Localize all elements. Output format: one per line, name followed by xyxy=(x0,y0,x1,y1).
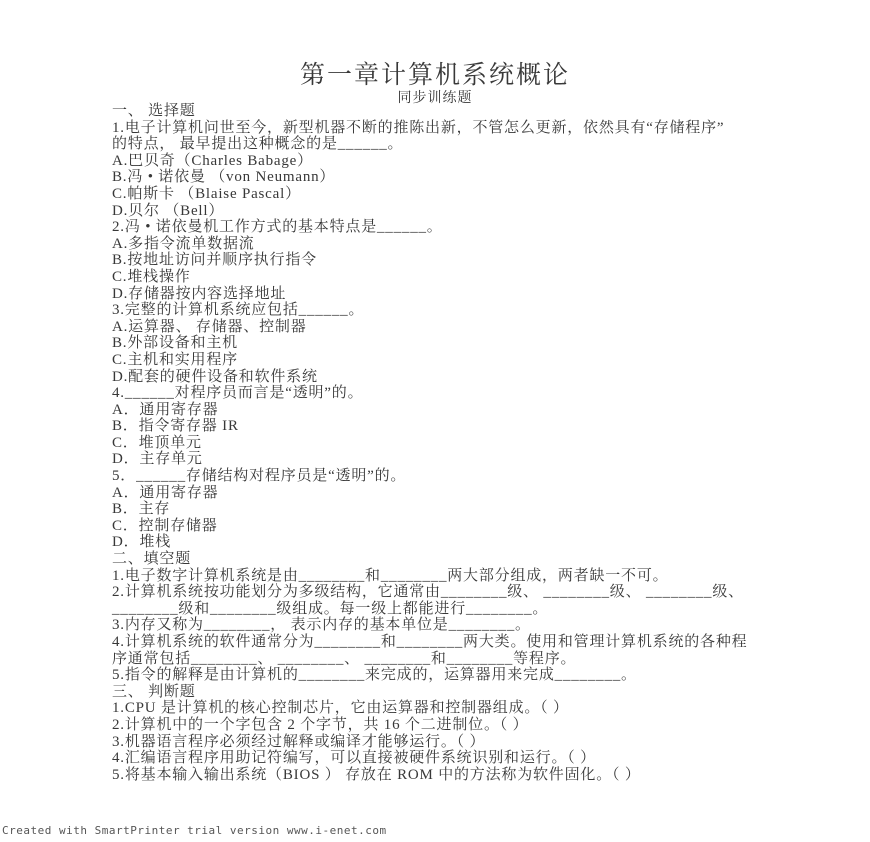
text-line: B．主存 xyxy=(112,501,832,518)
text-line: 5.指令的解释是由计算机的________来完成的，运算器用来完成_______… xyxy=(112,667,832,684)
text-line: 3.内存又称为________， 表示内存的基本单位是________。 xyxy=(112,617,832,634)
text-line: 1.电子数字计算机系统是由________和________两大部分组成，两者缺… xyxy=(112,568,832,585)
text-line: C.帕斯卡 （Blaise Pascal） xyxy=(112,186,832,203)
text-line: 序通常包括________、 ________、 ________和______… xyxy=(112,651,832,668)
section-heading: 一、 选择题 xyxy=(112,103,832,120)
text-line: ________级和________级组成。每一级上都能进行________。 xyxy=(112,601,832,618)
text-line: 5．______存储结构对程序员是“透明”的。 xyxy=(112,468,832,485)
text-line: 5.将基本输入输出系统（BIOS ） 存放在 ROM 中的方法称为软件固化。（ … xyxy=(112,767,832,784)
text-line: D.贝尔 （Bell） xyxy=(112,203,832,220)
section-heading: 三、 判断题 xyxy=(112,684,832,701)
text-line: 4.______对程序员而言是“透明”的。 xyxy=(112,385,832,402)
text-line: C．控制存储器 xyxy=(112,518,832,535)
text-line: A.多指令流单数据流 xyxy=(112,236,832,253)
text-line: 2.计算机系统按功能划分为多级结构，它通常由________级、 _______… xyxy=(112,584,832,601)
text-line: A．通用寄存器 xyxy=(112,402,832,419)
text-line: B.按地址访问并顺序执行指令 xyxy=(112,252,832,269)
text-line: D．堆栈 xyxy=(112,534,832,551)
text-line: 4.计算机系统的软件通常分为________和________两大类。使用和管理… xyxy=(112,634,832,651)
text-line: 2.冯 • 诺依曼机工作方式的基本特点是______。 xyxy=(112,219,832,236)
text-line: B.冯 • 诺依曼 （von Neumann） xyxy=(112,169,832,186)
text-line: A.运算器、 存储器、控制器 xyxy=(112,319,832,336)
document-title: 第一章计算机系统概论 xyxy=(0,55,870,91)
text-line: 1.电子计算机问世至今，新型机器不断的推陈出新，不管怎么更新，依然具有“存储程序… xyxy=(112,120,832,137)
text-line: A.巴贝奇（Charles Babage） xyxy=(112,153,832,170)
text-line: B.外部设备和主机 xyxy=(112,335,832,352)
text-line: 3.完整的计算机系统应包括______。 xyxy=(112,302,832,319)
document-body: 一、 选择题1.电子计算机问世至今，新型机器不断的推陈出新，不管怎么更新，依然具… xyxy=(112,103,832,783)
text-line: C.堆栈操作 xyxy=(112,269,832,286)
text-line: D.存储器按内容选择地址 xyxy=(112,286,832,303)
text-line: C．堆顶单元 xyxy=(112,435,832,452)
text-line: A．通用寄存器 xyxy=(112,485,832,502)
text-line: 1.CPU 是计算机的核心控制芯片，它由运算器和控制器组成。（ ） xyxy=(112,700,832,717)
section-heading: 二、填空题 xyxy=(112,551,832,568)
text-line: D.配套的硬件设备和软件系统 xyxy=(112,369,832,386)
text-line: 的特点， 最早提出这种概念的是______。 xyxy=(112,136,832,153)
watermark-footer: Created with SmartPrinter trial version … xyxy=(2,824,387,837)
text-line: C.主机和实用程序 xyxy=(112,352,832,369)
text-line: 2.计算机中的一个字包含 2 个字节，共 16 个二进制位。（ ） xyxy=(112,717,832,734)
text-line: D．主存单元 xyxy=(112,451,832,468)
text-line: B．指令寄存器 IR xyxy=(112,418,832,435)
document-page: 第一章计算机系统概论 同步训练题 一、 选择题1.电子计算机问世至今，新型机器不… xyxy=(0,0,870,842)
text-line: 3.机器语言程序必须经过解释或编译才能够运行。（ ） xyxy=(112,734,832,751)
text-line: 4.汇编语言程序用助记符编写，可以直接被硬件系统识别和运行。（ ） xyxy=(112,750,832,767)
